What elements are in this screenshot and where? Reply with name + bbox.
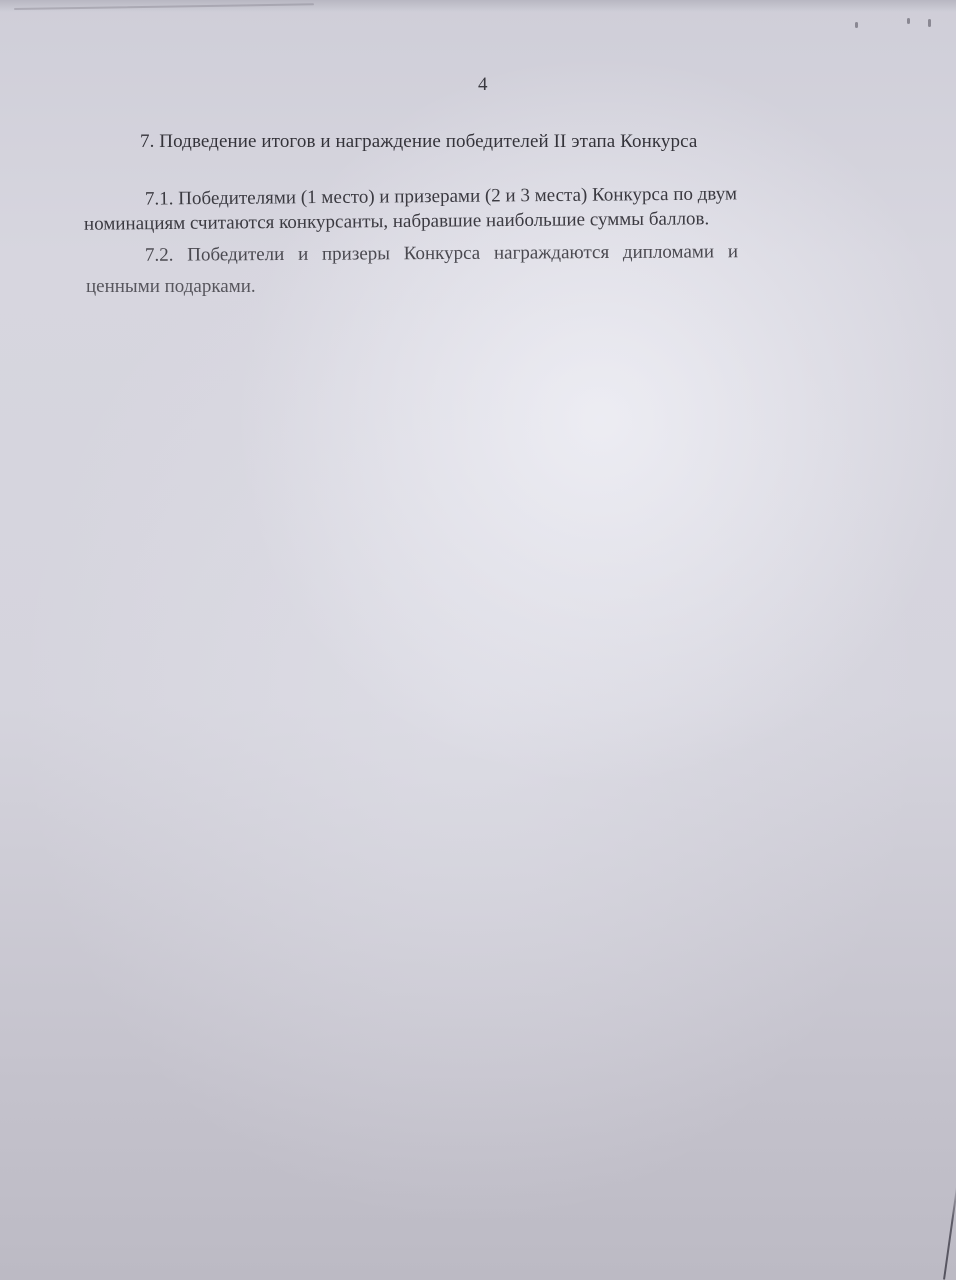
paragraph-7-2-line-2: ценными подарками.	[86, 276, 256, 298]
paragraph-7-1-line-2: номинациям считаются конкурсанты, набрав…	[84, 208, 709, 235]
paper-speck	[855, 22, 858, 28]
page-number: 4	[478, 74, 488, 96]
paragraph-7-2-line-1: 7.2. Победители и призеры Конкурса награ…	[145, 241, 738, 267]
paragraph-7-1-line-1: 7.1. Победителями (1 место) и призерами …	[145, 183, 737, 210]
section-heading: 7. Подведение итогов и награждение побед…	[140, 131, 697, 153]
paper-right-edge	[943, 1180, 956, 1279]
document-page: 4 7. Подведение итогов и награждение поб…	[0, 0, 956, 1280]
paper-speck	[928, 19, 931, 27]
paper-speck	[907, 18, 910, 24]
